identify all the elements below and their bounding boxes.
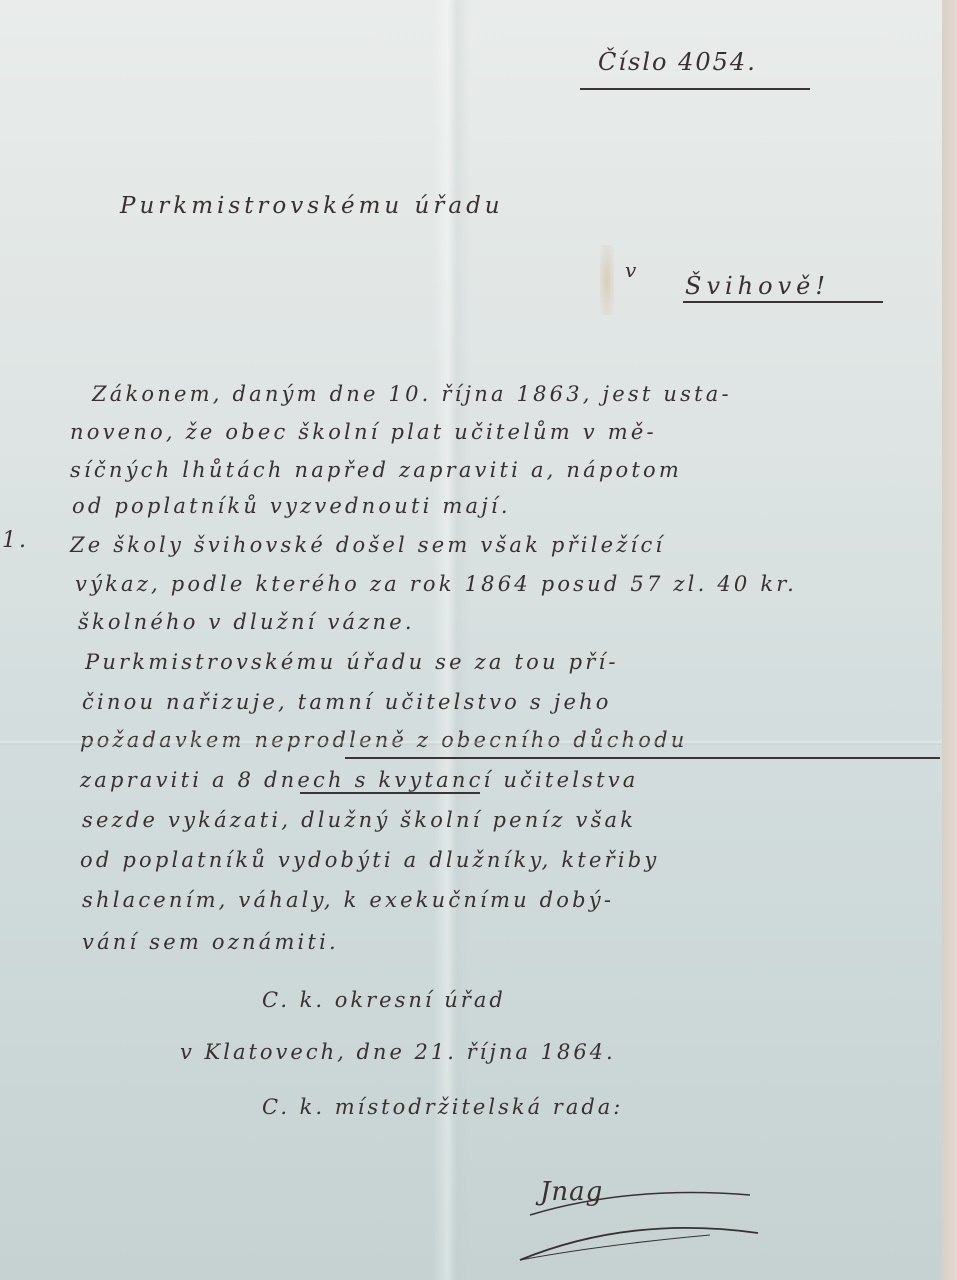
paper-edge [942, 0, 957, 1280]
place-underline [683, 301, 883, 303]
letter-paper: Číslo 4054. Purkmistrovskému úřadu v Švi… [0, 0, 942, 1280]
place: Švihově! [685, 272, 830, 300]
closing-council: C. k. místodržitelská rada: [262, 1095, 623, 1119]
body-line: výkaz, podle kterého za rok 1864 posud 5… [75, 572, 797, 596]
body-line: shlacením, váhaly, k exekučnímu dobý- [82, 888, 614, 912]
addressee: Purkmistrovskému úřadu [120, 193, 504, 219]
body-line: činou nařizuje, tamní učitelstvo s jeho [82, 690, 612, 714]
body-line: zapraviti a 8 dnech s kvytancí učitelstv… [80, 768, 639, 792]
body-line: Ze školy švihovské došel sem však přilež… [70, 533, 665, 557]
body-line: Zákonem, daným dne 10. října 1863, jest … [92, 382, 732, 406]
margin-mark: 1. [2, 528, 29, 553]
reference-number: Číslo 4054. [598, 48, 757, 76]
body-line: Purkmistrovskému úřadu se za tou pří- [85, 650, 619, 674]
body-line: školného v dlužní vázne. [78, 610, 415, 634]
place-prefix: v [625, 258, 639, 282]
closing-office: C. k. okresní úřad [262, 988, 506, 1012]
body-line: sezde vykázati, dlužný školní peníz však [82, 808, 636, 832]
underline-neprodlene [345, 757, 940, 759]
body-line: vání sem oznámiti. [82, 930, 339, 954]
reference-underline [580, 88, 810, 90]
signature: Jnag [540, 1177, 603, 1207]
body-line: od poplatníků vydobýti a dlužníky, kteři… [80, 848, 659, 872]
body-line: od poplatníků vyzvednouti mají. [72, 494, 511, 518]
body-line: noveno, že obec školní plat učitelům v m… [70, 420, 657, 444]
paper-stain [600, 245, 614, 315]
body-line: síčných lhůtách napřed zapraviti a, nápo… [70, 458, 682, 482]
underline-8-dnech [300, 792, 480, 794]
closing-place-date: v Klatovech, dne 21. října 1864. [180, 1040, 616, 1064]
body-line-with-underline: požadavkem neprodleně z obecního důchodu [80, 728, 688, 752]
body-text: požadavkem neprodleně z obecního důchodu [80, 728, 688, 752]
